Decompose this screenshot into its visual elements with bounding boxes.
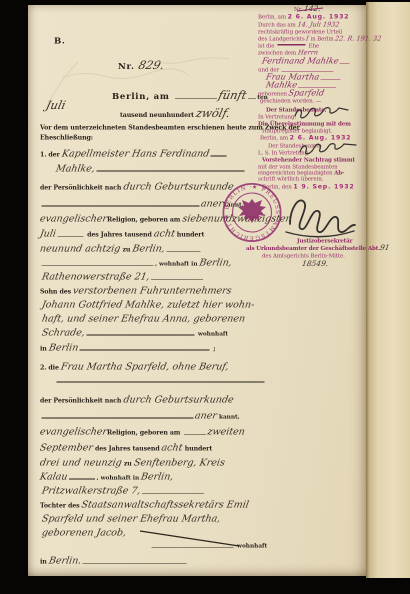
divorce-annex-stamp: Nr. 142.Berlin, am 2 6. Aug. 1932Durch d… — [0, 0, 410, 594]
form-line: geschieden worden. — — [260, 96, 321, 104]
text-seg: 18549. — [301, 259, 329, 268]
text-seg: 91 — [379, 243, 390, 252]
annex-date: Berlin, am 2 6. Aug. 1932 — [258, 12, 349, 20]
text-seg: geschieden worden. — — [260, 98, 321, 105]
rule-line — [340, 63, 350, 64]
text-seg: 22. R. 191. 32 — [335, 35, 382, 43]
form-line: des Amtsgerichts Berlin-Mitte. — [262, 251, 345, 259]
file-number-hand: 18549. — [302, 259, 328, 268]
scan-background: B.Nr. 829.Berlin, am fünfttenJulitausend… — [0, 0, 410, 594]
text-seg: 1 9. Sep. 1932 — [293, 183, 354, 191]
text-seg: 2 6. Aug. 1932 — [288, 13, 350, 21]
form-line: Berlin, am 2 6. Aug. 1932 — [260, 133, 351, 141]
prussian-eagle-icon — [238, 199, 266, 223]
court-seal: ★ PREUSS. AMTSGERICHT ★ BERLIN · MITTE — [219, 181, 285, 245]
strikeout-mark — [278, 44, 306, 46]
text-seg: 2 6. Aug. 1932 — [290, 134, 352, 142]
text-seg: Ab- — [334, 170, 344, 177]
